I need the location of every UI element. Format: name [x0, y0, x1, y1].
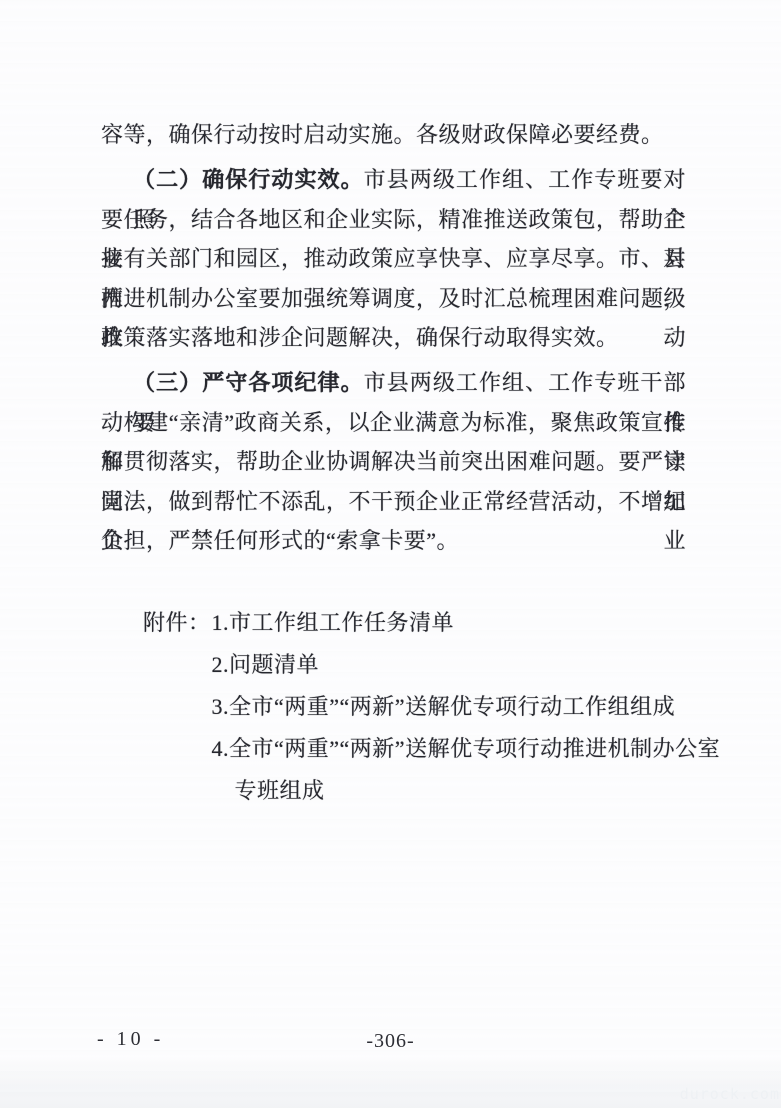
paragraph-section-2: （二）确保行动实效。市县两级工作组、工作专班要对照主 要任务，结合各地区和企业实…: [101, 160, 686, 357]
attachment-item-1: 1.市工作组工作任务清单: [212, 602, 712, 644]
scanned-document-page: 容等，确保行动按时启动实施。各级财政保障必要经费。 （二）确保行动实效。市县两级…: [0, 0, 781, 1108]
body-line: 要任务，结合各地区和企业实际，精准推送政策包，帮助企业对: [101, 200, 686, 239]
body-line: 接有关部门和园区，推动政策应享快享、应享尽享。市、县两级: [101, 239, 686, 278]
body-line: 和贯彻落实，帮助企业协调解决当前突出困难问题。要严守党纪: [101, 442, 686, 481]
body-line: 容等，确保行动按时启动实施。各级财政保障必要经费。: [101, 115, 686, 154]
page-number-center: -306-: [0, 1030, 781, 1053]
attachment-items: 1.市工作组工作任务清单 2.问题清单 3.全市“两重”“两新”送解优专项行动工…: [212, 602, 712, 812]
body-line: 推进机制办公室要加强统筹调度，及时汇总梳理困难问题，推动: [101, 279, 686, 318]
watermark: durock.com: [680, 1085, 780, 1103]
section-3-heading: （三）严守各项纪律。: [133, 370, 364, 395]
body-line: 政策落实落地和涉企问题解决，确保行动取得实效。: [101, 318, 686, 357]
body-line: （三）严守各项纪律。市县两级工作组、工作专班干部要推: [101, 363, 686, 402]
document-body: 容等，确保行动按时启动实施。各级财政保障必要经费。 （二）确保行动实效。市县两级…: [101, 115, 686, 560]
attachment-item-2: 2.问题清单: [212, 644, 712, 686]
section-2-heading: （二）确保行动实效。: [133, 167, 364, 192]
body-line: （二）确保行动实效。市县两级工作组、工作专班要对照主: [101, 160, 686, 199]
paragraph-section-3: （三）严守各项纪律。市县两级工作组、工作专班干部要推 动构建“亲清”政商关系，以…: [101, 363, 686, 560]
attachment-item-4-wrapped-line: 专班组成: [212, 770, 712, 812]
attachment-item-4: 4.全市“两重”“两新”送解优专项行动推进机制办公室: [212, 728, 712, 770]
body-line: 动构建“亲清”政商关系，以企业满意为标准，聚焦政策宣传解读: [101, 403, 686, 442]
body-line: 国法，做到帮忙不添乱，不干预企业正常经营活动，不增加企业: [101, 482, 686, 521]
attachment-label: 附件：: [143, 602, 211, 644]
attachment-list: 附件： 1.市工作组工作任务清单 2.问题清单 3.全市“两重”“两新”送解优专…: [143, 602, 712, 812]
attachment-item-3: 3.全市“两重”“两新”送解优专项行动工作组组成: [212, 686, 712, 728]
paragraph-continuation: 容等，确保行动按时启动实施。各级财政保障必要经费。: [101, 115, 686, 154]
